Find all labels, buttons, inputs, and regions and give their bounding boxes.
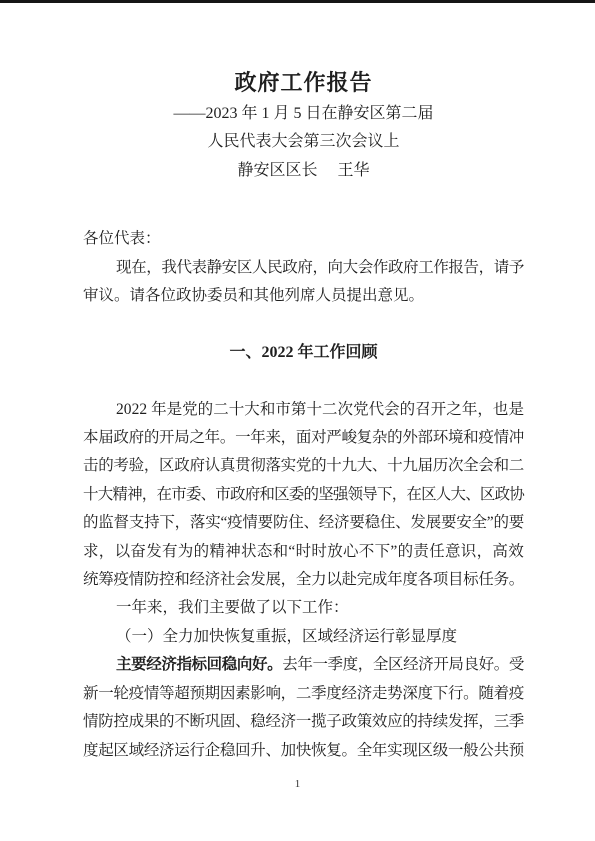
bold-lead-text: 主要经济指标回稳向好。 bbox=[116, 656, 282, 673]
body-line-text: 去年一季度，全区经济开局良好。受 bbox=[282, 656, 524, 673]
report-subtitle-date-line: ——2023 年 1 月 5 日在静安区第二届 bbox=[83, 100, 524, 128]
body-line: 主要经济指标回稳向好。去年一季度，全区经济开局良好。受 bbox=[83, 651, 524, 679]
section-heading-2022-review: 一、2022 年工作回顾 bbox=[83, 339, 524, 367]
report-title: 政府工作报告 bbox=[83, 66, 524, 100]
subsection-heading-economy: （一）全力加快恢复重振，区域经济运行彰显厚度 bbox=[83, 623, 524, 651]
body-line: 新一轮疫情等超预期因素影响，二季度经济走势深度下行。随着疫 bbox=[83, 680, 524, 708]
body-line: 十大精神，在市委、市政府和区委的坚强领导下，在区人大、区政协 bbox=[83, 481, 524, 509]
report-speaker-line: 静安区区长 王华 bbox=[83, 157, 524, 185]
page-number: 1 bbox=[0, 777, 595, 791]
body-line: 2022 年是党的二十大和市第十二次党代会的召开之年，也是 bbox=[83, 396, 524, 424]
body-line: 本届政府的开局之年。一年来，面对严峻复杂的外部环境和疫情冲 bbox=[83, 424, 524, 452]
salutation: 各位代表： bbox=[83, 225, 524, 253]
body-line: 度起区域经济运行企稳回升、加快恢复。全年实现区级一般公共预 bbox=[83, 737, 524, 765]
body-line: 的监督支持下，落实“疫情要防住、经济要稳住、发展要安全”的要 bbox=[83, 509, 524, 537]
transition-line: 一年来，我们主要做了以下工作： bbox=[83, 594, 524, 622]
report-subtitle-congress-line: 人民代表大会第三次会议上 bbox=[83, 128, 524, 156]
document-page: 政府工作报告 ——2023 年 1 月 5 日在静安区第二届 人民代表大会第三次… bbox=[0, 0, 595, 841]
document-content: 政府工作报告 ——2023 年 1 月 5 日在静安区第二届 人民代表大会第三次… bbox=[83, 0, 524, 765]
intro-line: 现在，我代表静安区人民政府，向大会作政府工作报告，请予 bbox=[83, 254, 524, 282]
body-line: 统筹疫情防控和经济社会发展，全力以赴完成年度各项目标任务。 bbox=[83, 566, 524, 594]
intro-line: 审议。请各位政协委员和其他列席人员提出意见。 bbox=[83, 282, 524, 310]
body-line: 击的考验，区政府认真贯彻落实党的十九大、十九届历次全会和二 bbox=[83, 452, 524, 480]
body-line: 求，以奋发有为的精神状态和“时时放心不下”的责任意识，高效 bbox=[83, 538, 524, 566]
body-line: 情防控成果的不断巩固、稳经济一揽子政策效应的持续发挥，三季 bbox=[83, 708, 524, 736]
